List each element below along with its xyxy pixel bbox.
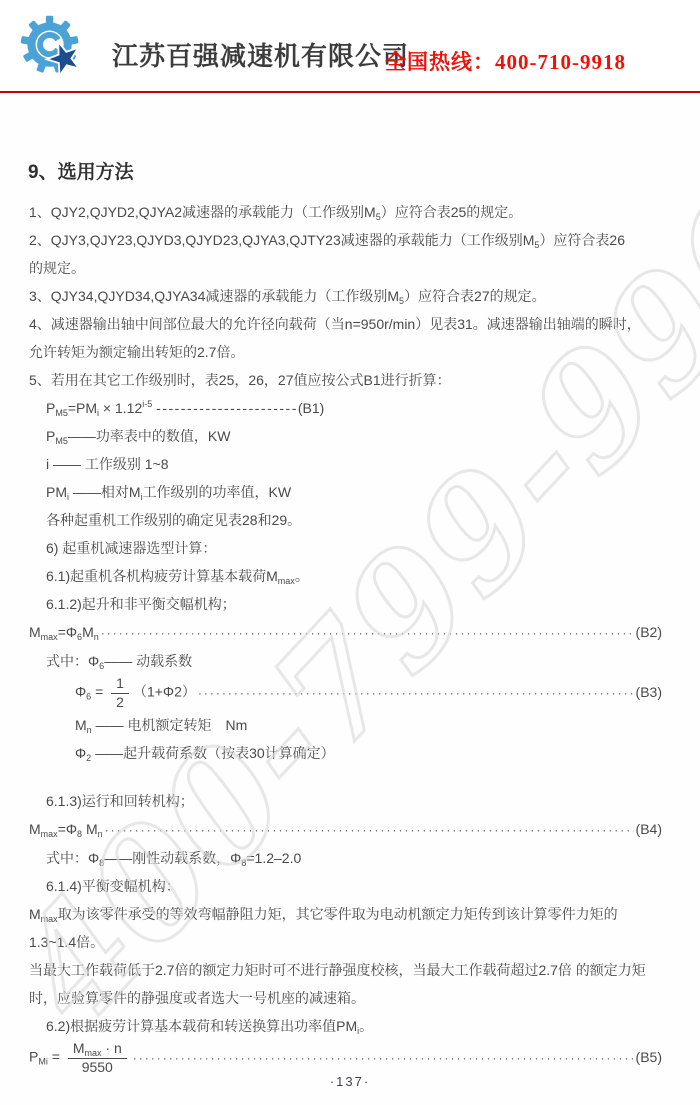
formula-label: (B5) [636, 1043, 662, 1071]
item-6-1-2: 6.1.2)起升和非平衡交幅机构； [0, 590, 662, 618]
legend-pmi: PMi ——相对Mi工作级别的功率值，KW [0, 478, 662, 506]
legend-phi2: Φ2 ——起升载荷系数（按表30计算确定） [0, 739, 662, 767]
fraction: 12 [111, 675, 129, 711]
item-6-1-4: 6.1.4)平衡变幅机构： [0, 872, 662, 900]
formula-b5: PMi = Mmax · n9550······················… [0, 1040, 662, 1076]
para-mmax: Mmax取为该零件承受的等效弯幅静阻力矩，其它零件取为电动机额定力矩传到该计算零… [0, 900, 662, 928]
content-lines: 1、QJY2,QJYD2,QJYA2减速器的承载能力（工作级别M5）应符合表25… [0, 198, 662, 1076]
item-6-1-3: 6.1.3)运行和回转机构； [0, 787, 662, 815]
formula-b3: Φ6 = 12（1+Φ2）···························… [0, 675, 662, 711]
item-1: 1、QJY2,QJYD2,QJYA2减速器的承载能力（工作级别M5）应符合表25… [0, 198, 662, 226]
item-6-1: 6.1)起重机各机构疲劳计算基本载荷Mmax。 [0, 562, 662, 590]
para-mmax-cont: 1.3~1.4倍。 [0, 928, 662, 956]
formula-label: (B2) [636, 618, 662, 646]
dot-leader: ········································… [133, 1044, 634, 1072]
item-2-cont: 的规定。 [0, 254, 662, 282]
note-tables: 各种起重机工作级别的确定见表28和29。 [0, 506, 662, 534]
item-3: 3、QJY34,QJYD34,QJYA34减速器的承载能力（工作级别M5）应符合… [0, 282, 662, 310]
page-header: 江苏百强减速机有限公司 全国热线：400-710-9918 [0, 0, 700, 93]
item-6: 6) 起重机减速器选型计算： [0, 534, 662, 562]
formula-b4: Mmax=Φ8 Mn······························… [0, 815, 662, 844]
dot-leader: ········································… [101, 619, 634, 647]
item-4: 4、减速器输出轴中间部位最大的允许径向载荷（当n=950r/min）见表31。减… [0, 310, 662, 338]
legend-phi8: 式中：Φ8——刚性动载系数，Φ8=1.2–2.0 [0, 844, 662, 872]
item-5: 5、若用在其它工作级别时，表25，26，27值应按公式B1进行折算： [0, 366, 662, 394]
company-name: 江苏百强减速机有限公司 [112, 36, 409, 73]
dot-leader: ········································… [198, 679, 634, 707]
formula-b2: Mmax=Φ6Mn·······························… [0, 618, 662, 647]
document-content: 9、选用方法 1、QJY2,QJYD2,QJYA2减速器的承载能力（工作级别M5… [0, 157, 700, 1076]
formula-label: (B3) [636, 678, 662, 706]
formula-label: (B4) [636, 815, 662, 843]
page-number: ·137· [0, 1074, 700, 1089]
legend-phi6: 式中：Φ6—— 动载系数 [0, 647, 662, 675]
company-logo-icon [18, 12, 96, 86]
section-title: 9、选用方法 [28, 157, 660, 184]
legend-mn: Mn —— 电机额定转矩 Nm [0, 711, 662, 739]
document-page: 江苏百强减速机有限公司 全国热线：400-710-9918 400-799-99… [0, 0, 700, 1105]
fraction: Mmax · n9550 [68, 1040, 127, 1076]
para-check-cont: 时，应验算零件的静强度或者选大一号机座的减速箱。 [0, 984, 662, 1012]
para-check: 当最大工作载荷低于2.7倍的额定力矩时可不进行静强度校核，当最大工作载荷超过2.… [0, 956, 662, 984]
hotline-number: 全国热线：400-710-9918 [385, 46, 626, 76]
formula-b1: PM5=PMi × 1.12i-5 ----------------------… [0, 394, 662, 422]
item-2: 2、QJY3,QJY23,QJYD3,QJYD23,QJYA3,QJTY23减速… [0, 226, 662, 254]
item-4-cont: 允许转矩为额定输出转矩的2.7倍。 [0, 338, 662, 366]
item-6-2: 6.2)根据疲劳计算基本载荷和转送换算出功率值PMi。 [0, 1012, 662, 1040]
dot-leader: ········································… [105, 816, 634, 844]
legend-pm5: PM5——功率表中的数值，KW [0, 422, 662, 450]
legend-i: i —— 工作级别 1~8 [0, 450, 662, 478]
